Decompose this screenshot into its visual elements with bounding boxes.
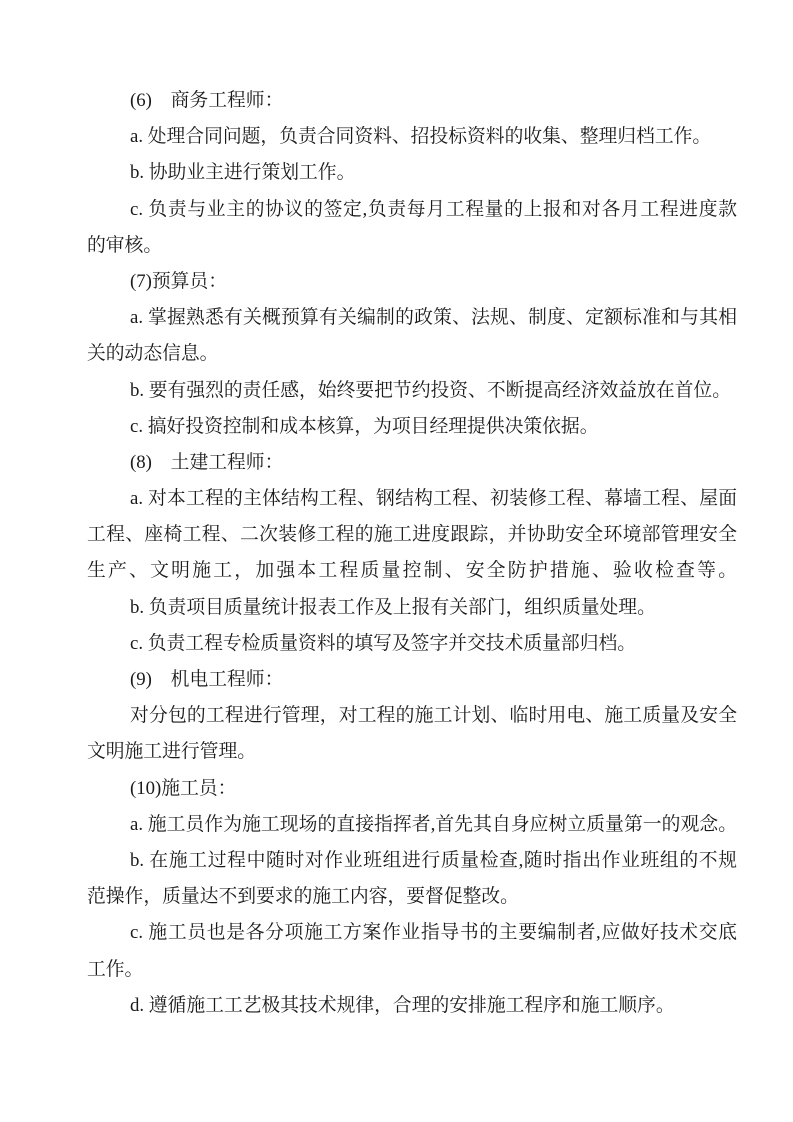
text-line: b. 要有强烈的责任感，始终要把节约投资、不断提高经济效益放在首位。 — [87, 373, 737, 409]
text-line: c. 负责与业主的协议的签定,负责每月工程量的上报和对各月工程进度款 — [87, 192, 737, 228]
text-line: b. 在施工过程中随时对作业班组进行质量检查,随时指出作业班组的不规 — [87, 843, 737, 879]
paragraph-item-10-b: b. 在施工过程中随时对作业班组进行质量检查,随时指出作业班组的不规范操作，质量… — [87, 843, 737, 915]
text-line: a. 处理合同问题，负责合同资料、招投标资料的收集、整理归档工作。 — [87, 119, 737, 155]
text-line: (8) 土建工程师： — [87, 445, 737, 481]
paragraph-item-8-c: c. 负责工程专检质量资料的填写及签字并交技术质量部归档。 — [87, 626, 737, 662]
text-line: d. 遵循施工工艺极其技术规律，合理的安排施工程序和施工顺序。 — [87, 988, 737, 1024]
paragraph-item-10-c: c. 施工员也是各分项施工方案作业指导书的主要编制者,应做好技术交底工作。 — [87, 915, 737, 987]
paragraph-item-7-c: c. 搞好投资控制和成本核算，为项目经理提供决策依据。 — [87, 409, 737, 445]
paragraph-item-8-heading: (8) 土建工程师： — [87, 445, 737, 481]
text-line: 范操作，质量达不到要求的施工内容，要督促整改。 — [87, 879, 737, 915]
paragraph-item-6-b: b. 协助业主进行策划工作。 — [87, 155, 737, 191]
paragraph-item-7-a: a. 掌握熟悉有关概预算有关编制的政策、法规、制度、定额标准和与其相关的动态信息… — [87, 300, 737, 372]
paragraph-item-7-heading: (7)预算员： — [87, 264, 737, 300]
text-line: c. 施工员也是各分项施工方案作业指导书的主要编制者,应做好技术交底 — [87, 915, 737, 951]
text-line: 文明施工进行管理。 — [87, 734, 737, 770]
paragraph-item-8-a: a. 对本工程的主体结构工程、钢结构工程、初装修工程、幕墙工程、屋面工程、座椅工… — [87, 481, 737, 590]
text-line: 关的动态信息。 — [87, 336, 737, 372]
text-line: a. 掌握熟悉有关概预算有关编制的政策、法规、制度、定额标准和与其相 — [87, 300, 737, 336]
text-line: 工作。 — [87, 952, 737, 988]
paragraph-item-8-b: b. 负责项目质量统计报表工作及上报有关部门，组织质量处理。 — [87, 590, 737, 626]
paragraph-item-10-d: d. 遵循施工工艺极其技术规律，合理的安排施工程序和施工顺序。 — [87, 988, 737, 1024]
text-line: (10)施工员： — [87, 771, 737, 807]
paragraph-item-6-a: a. 处理合同问题，负责合同资料、招投标资料的收集、整理归档工作。 — [87, 119, 737, 155]
text-line: b. 协助业主进行策划工作。 — [87, 155, 737, 191]
text-line: c. 搞好投资控制和成本核算，为项目经理提供决策依据。 — [87, 409, 737, 445]
paragraph-item-9-body: 对分包的工程进行管理，对工程的施工计划、临时用电、施工质量及安全文明施工进行管理… — [87, 698, 737, 770]
text-line: 对分包的工程进行管理，对工程的施工计划、临时用电、施工质量及安全 — [87, 698, 737, 734]
document-page: (6) 商务工程师：a. 处理合同问题，负责合同资料、招投标资料的收集、整理归档… — [0, 0, 793, 1122]
paragraph-item-6-heading: (6) 商务工程师： — [87, 83, 737, 119]
text-line: (6) 商务工程师： — [87, 83, 737, 119]
text-line: a. 施工员作为施工现场的直接指挥者,首先其自身应树立质量第一的观念。 — [87, 807, 737, 843]
text-line: 工程、座椅工程、二次装修工程的施工进度跟踪，并协助安全环境部管理安全 — [87, 517, 737, 553]
text-line: a. 对本工程的主体结构工程、钢结构工程、初装修工程、幕墙工程、屋面 — [87, 481, 737, 517]
document-text-body: (6) 商务工程师：a. 处理合同问题，负责合同资料、招投标资料的收集、整理归档… — [87, 83, 737, 1024]
paragraph-item-10-heading: (10)施工员： — [87, 771, 737, 807]
text-line: 生产、文明施工，加强本工程质量控制、安全防护措施、验收检查等。 — [87, 553, 737, 589]
text-line: (9) 机电工程师： — [87, 662, 737, 698]
text-line: b. 负责项目质量统计报表工作及上报有关部门，组织质量处理。 — [87, 590, 737, 626]
text-line: c. 负责工程专检质量资料的填写及签字并交技术质量部归档。 — [87, 626, 737, 662]
paragraph-item-10-a: a. 施工员作为施工现场的直接指挥者,首先其自身应树立质量第一的观念。 — [87, 807, 737, 843]
paragraph-item-7-b: b. 要有强烈的责任感，始终要把节约投资、不断提高经济效益放在首位。 — [87, 373, 737, 409]
text-line: 的审核。 — [87, 228, 737, 264]
text-line: (7)预算员： — [87, 264, 737, 300]
paragraph-item-6-c: c. 负责与业主的协议的签定,负责每月工程量的上报和对各月工程进度款的审核。 — [87, 192, 737, 264]
paragraph-item-9-heading: (9) 机电工程师： — [87, 662, 737, 698]
